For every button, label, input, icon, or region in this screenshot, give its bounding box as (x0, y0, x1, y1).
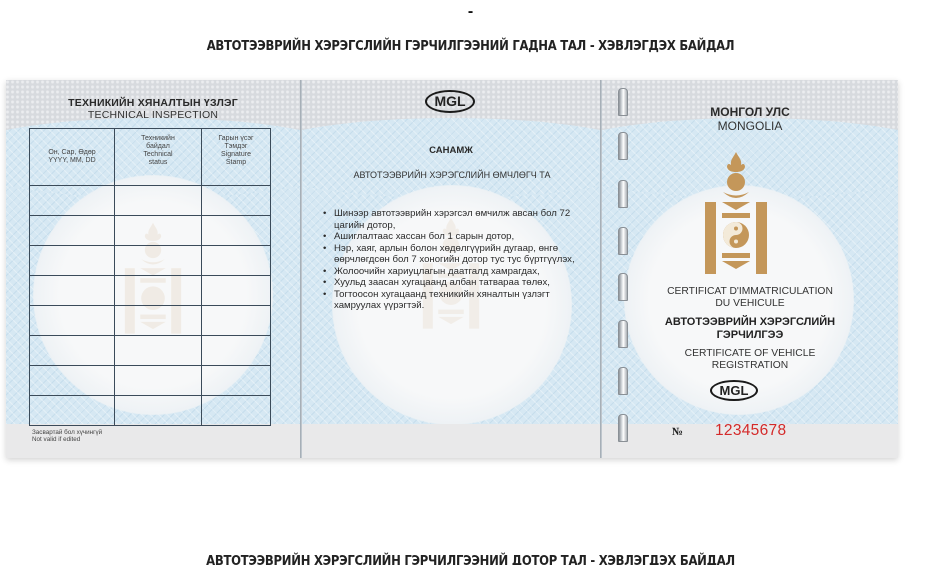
perforation-slot (618, 180, 628, 208)
inspection-cell (115, 366, 202, 396)
inspection-table: Он, Сар, ӨдөрYYYY, MM, DD Техникийнбайда… (29, 128, 271, 426)
inspection-cell (202, 246, 271, 276)
inspection-row (30, 246, 271, 276)
fold-line (600, 80, 602, 458)
validity-note: Засвартай бол хүчингүй Not valid if edit… (32, 429, 102, 443)
certificate-outer-spread: ТЕХНИКИЙН ХЯНАЛТЫН ҮЗЛЭГ TECHNICAL INSPE… (6, 80, 898, 458)
inspection-cell (115, 246, 202, 276)
inspection-row (30, 306, 271, 336)
footer-band (302, 424, 600, 458)
perforation-slot (618, 227, 628, 255)
notice-title: САНАМЖ (302, 145, 600, 156)
inspection-row (30, 186, 271, 216)
column-header-signature: Гарын үсэгТэмдэгSignatureStamp (202, 129, 271, 186)
notice-panel: MGL САНАМЖ АВТОТЭЭВРИЙН ХЭРЭГСЛИЙН ӨМЧЛӨ… (302, 80, 600, 458)
inspection-row (30, 276, 271, 306)
inspection-cell (115, 186, 202, 216)
cover-panel: МОНГОЛ УЛС MONGOLIA (602, 80, 898, 458)
title-mongolian: АВТОТЭЭВРИЙН ХЭРЭГСЛИЙН ГЭРЧИЛГЭЭ (602, 316, 898, 342)
mgl-badge: MGL (710, 380, 758, 401)
inspection-row (30, 216, 271, 246)
inspection-cell (115, 336, 202, 366)
inspection-cell (202, 276, 271, 306)
notice-rule-item: Тогтоосон хугацаанд техникийн хяналтын ү… (320, 289, 580, 312)
mgl-badge: MGL (425, 90, 475, 113)
inspection-cell (115, 276, 202, 306)
inspection-cell (30, 336, 115, 366)
inspection-cell (30, 276, 115, 306)
inspection-cell (202, 306, 271, 336)
inspection-cell (30, 306, 115, 336)
inspection-cell (30, 216, 115, 246)
inspection-subtitle: TECHNICAL INSPECTION (6, 109, 300, 121)
notice-rule-item: Ашиглалтаас хассан бол 1 сарын дотор, (320, 231, 580, 243)
country-name-en: MONGOLIA (602, 119, 898, 133)
inspection-cell (115, 306, 202, 336)
soyombo-emblem-icon (703, 152, 769, 278)
serial-number: 12345678 (715, 422, 786, 440)
inspection-cell (30, 186, 115, 216)
notice-rule-item: Хуульд заасан хугацаанд албан татвараа т… (320, 277, 580, 289)
column-header-technical-status: ТехникийнбайдалTechnicalstatus (115, 129, 202, 186)
notice-rule-item: Нэр, хаяг, арлын болон хөдөлгүүрийн дуга… (320, 243, 580, 266)
technical-inspection-panel: ТЕХНИКИЙН ХЯНАЛТЫН ҮЗЛЭГ TECHNICAL INSPE… (6, 80, 300, 458)
inspection-cell (202, 336, 271, 366)
inspection-row (30, 396, 271, 426)
outer-side-heading: АВТОТЭЭВРИЙН ХЭРЭГСЛИЙН ГЭРЧИЛГЭЭНИЙ ГАД… (66, 38, 875, 54)
perforation-slots (618, 80, 628, 458)
inspection-cell (30, 396, 115, 426)
inspection-cell (115, 396, 202, 426)
title-english: CERTIFICATE OF VEHICLE REGISTRATION (602, 348, 898, 372)
inspection-row (30, 336, 271, 366)
inner-side-heading: АВТОТЭЭВРИЙН ХЭРЭГСЛИЙН ГЭРЧИЛГЭЭНИЙ ДОТ… (66, 553, 875, 565)
inspection-cell (202, 186, 271, 216)
inspection-cell (202, 216, 271, 246)
inspection-title: ТЕХНИКИЙН ХЯНАЛТЫН ҮЗЛЭГ (6, 97, 300, 109)
fold-line (300, 80, 302, 458)
inspection-cell (202, 366, 271, 396)
separator-dash: - (0, 3, 941, 21)
inspection-row (30, 366, 271, 396)
notice-rule-item: Шинээр автотээврийн хэрэгсэл өмчилж авса… (320, 208, 580, 231)
notice-rules-list: Шинээр автотээврийн хэрэгсэл өмчилж авса… (320, 208, 580, 312)
country-name-mn: МОНГОЛ УЛС (602, 105, 898, 119)
inspection-cell (30, 246, 115, 276)
inspection-cell (115, 216, 202, 246)
inspection-cell (30, 366, 115, 396)
notice-addressee: АВТОТЭЭВРИЙН ХЭРЭГСЛИЙН ӨМЧЛӨГЧ ТА (342, 170, 562, 180)
notice-rule-item: Жолоочийн хариуцлагын даатгалд хамрагдах… (320, 266, 580, 278)
perforation-slot (618, 414, 628, 442)
perforation-slot (618, 132, 628, 160)
title-french: CERTIFICAT D'IMMATRICULATION DU VEHICULE (602, 286, 898, 310)
column-header-date: Он, Сар, ӨдөрYYYY, MM, DD (30, 129, 115, 186)
number-label: № (672, 426, 683, 438)
inspection-cell (202, 396, 271, 426)
